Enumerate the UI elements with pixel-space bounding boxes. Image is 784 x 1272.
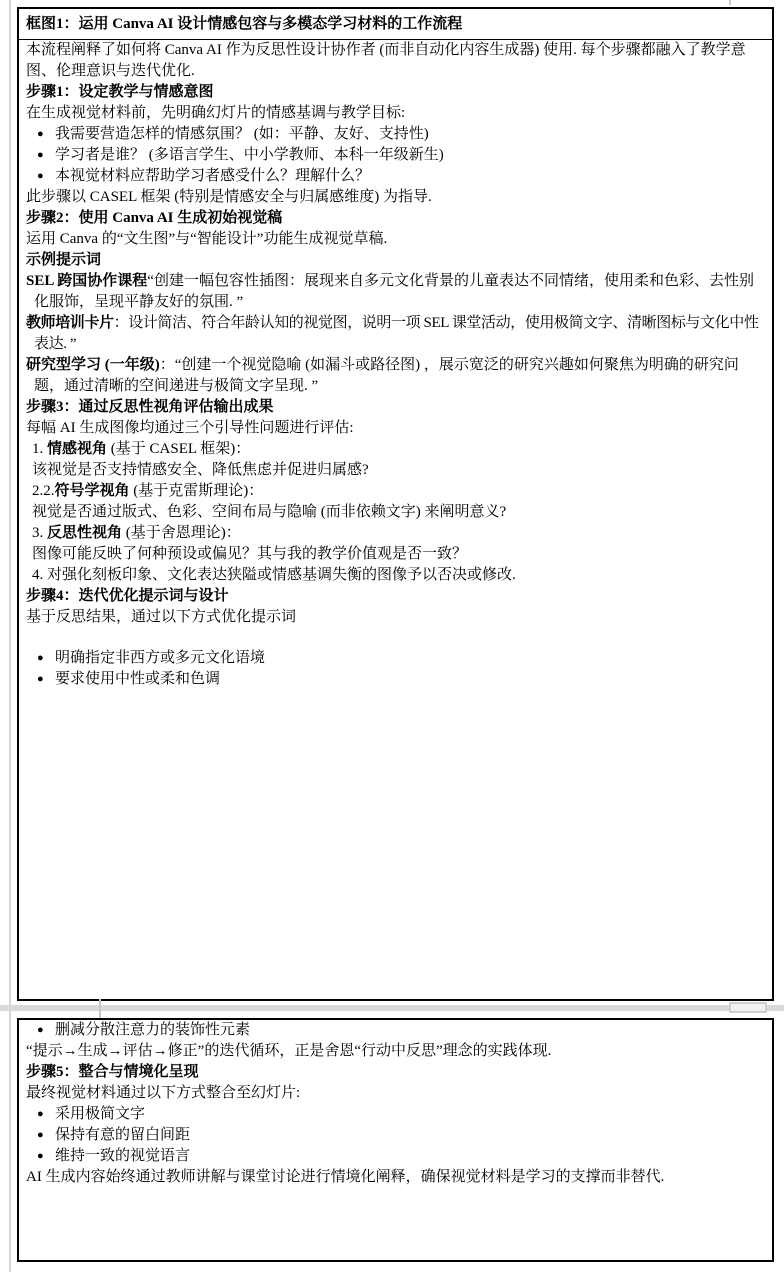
review-item-affective: 1. 情感视角 (基于 CASEL 框架)： 该视觉是否支持情感安全、降低焦虑并…: [26, 439, 762, 481]
list-item: ● 我需要营造怎样的情感氛围？ (如：平静、友好、支持性): [26, 124, 762, 145]
item-rest: (基于克雷斯理论)：: [130, 483, 264, 499]
step3-lead: 每幅 AI 生成图像均通过三个引导性问题进行评估:: [26, 418, 762, 439]
example-lead: 研究型学习 (一年级): [26, 357, 160, 373]
bullet-text: 我需要营造怎样的情感氛围？ (如：平静、友好、支持性): [55, 124, 762, 145]
document-view: 框图1：运用 Canva AI 设计情感包容与多模态学习材料的工作流程 本流程阐…: [0, 0, 784, 1272]
item-number: 2.2.: [32, 483, 55, 499]
list-item: ● 本视觉材料应帮助学习者感受什么？理解什么？: [26, 166, 762, 187]
doc-table-page1[interactable]: 框图1：运用 Canva AI 设计情感包容与多模态学习材料的工作流程 本流程阐…: [17, 7, 774, 1001]
page1-content: 本流程阐释了如何将 Canva AI 作为反思性设计协作者 (而非自动化内容生成…: [19, 40, 772, 690]
review-item-title: 4. 对强化刻板印象、文化表达狭隘或情感基调失衡的图像予以否决或修改.: [32, 565, 762, 586]
bullet-icon: ●: [26, 166, 55, 187]
step1-note: 此步骤以 CASEL 框架 (特别是情感安全与归属感维度) 为指导.: [26, 187, 762, 208]
bullet-text: 要求使用中性或柔和色调: [55, 669, 762, 690]
review-item-reject: 4. 对强化刻板印象、文化表达狭隘或情感基调失衡的图像予以否决或修改.: [26, 565, 762, 586]
bullet-text: 保持有意的留白间距: [55, 1125, 762, 1146]
bullet-text: 采用极简文字: [55, 1104, 762, 1125]
step2-lead: 运用 Canva 的“文生图”与“智能设计”功能生成视觉草稿.: [26, 229, 762, 250]
review-item-reflective: 3. 反思性视角 (基于舍恩理论)： 图像可能反映了何种预设或偏见？其与我的教学…: [26, 523, 762, 565]
bullet-icon: ●: [26, 1146, 55, 1167]
step4-lead: 基于反思结果，通过以下方式优化提示词: [26, 607, 762, 628]
iteration-cycle-note: “提示→生成→评估→修正”的迭代循环，正是舍恩“行动中反思”理念的实践体现.: [26, 1041, 762, 1062]
bullet-icon: ●: [26, 1104, 55, 1125]
example-lead: SEL 跨国协作课程: [26, 273, 147, 289]
bullet-icon: ●: [26, 1125, 55, 1146]
step1-heading: 步骤1：设定教学与情感意图: [26, 82, 762, 103]
list-item: ● 维持一致的视觉语言: [26, 1146, 762, 1167]
review-item-semiotic: 2.2.符号学视角 (基于克雷斯理论)： 视觉是否通过版式、色彩、空间布局与隐喻…: [26, 481, 762, 523]
figure-title: 框图1：运用 Canva AI 设计情感包容与多模态学习材料的工作流程: [19, 9, 772, 40]
item-bold: 符号学视角: [55, 483, 130, 499]
step5-lead: 最终视觉材料通过以下方式整合至幻灯片:: [26, 1083, 762, 1104]
table-gridline-mark-left: [99, 999, 101, 1020]
list-item: ● 删减分散注意力的装饰性元素: [26, 1020, 762, 1041]
bullet-icon: ●: [26, 669, 55, 690]
bullet-icon: ●: [26, 1020, 55, 1041]
step2-heading: 步骤2：使用 Canva AI 生成初始视觉稿: [26, 208, 762, 229]
step5-heading: 步骤5：整合与情境化呈现: [26, 1062, 762, 1083]
item-bold: 情感视角: [47, 441, 107, 457]
bullet-text: 本视觉材料应帮助学习者感受什么？理解什么？: [55, 166, 762, 187]
example-prompt-teacher-card: 教师培训卡片：设计简洁、符合年龄认知的视觉图，说明一项 SEL 课堂活动，使用极…: [26, 313, 762, 355]
closing-paragraph: AI 生成内容始终通过教师讲解与课堂讨论进行情境化阐释，确保视觉材料是学习的支撑…: [26, 1167, 762, 1188]
example-prompts-label: 示例提示词: [26, 250, 762, 271]
item-bold: 反思性视角: [47, 525, 122, 541]
review-item-question: 视觉是否通过版式、色彩、空间布局与隐喻 (而非依赖文字) 来阐明意义?: [32, 502, 762, 523]
item-number: 3.: [32, 525, 47, 541]
item-number: 1.: [32, 441, 47, 457]
bullet-text: 删减分散注意力的装饰性元素: [55, 1020, 762, 1041]
bullet-icon: ●: [26, 124, 55, 145]
bullet-icon: ●: [26, 145, 55, 166]
review-item-question: 该视觉是否支持情感安全、降低焦虑并促进归属感?: [32, 460, 762, 481]
bullet-text: 维持一致的视觉语言: [55, 1146, 762, 1167]
page-gap: [0, 1005, 784, 1011]
step1-lead: 在生成视觉材料前，先明确幻灯片的情感基调与教学目标:: [26, 103, 762, 124]
item-rest: (基于 CASEL 框架)：: [107, 441, 250, 457]
list-item: ● 采用极简文字: [26, 1104, 762, 1125]
doc-table-page2[interactable]: ● 删减分散注意力的装饰性元素 “提示→生成→评估→修正”的迭代循环，正是舍恩“…: [17, 1018, 774, 1262]
bullet-text: 学习者是谁？ (多语言学生、中小学教师、本科一年级新生): [55, 145, 762, 166]
example-text: ：设计简洁、符合年龄认知的视觉图，说明一项 SEL 课堂活动，使用极简文字、清晰…: [34, 315, 758, 352]
example-lead: 教师培训卡片: [26, 315, 114, 331]
page-boundary-line: [9, 0, 11, 1272]
page2-content: ● 删减分散注意力的装饰性元素 “提示→生成→评估→修正”的迭代循环，正是舍恩“…: [19, 1020, 772, 1188]
item-rest: (基于舍恩理论)：: [122, 525, 241, 541]
item-rest: 对强化刻板印象、文化表达狭隘或情感基调失衡的图像予以否决或修改.: [47, 567, 516, 583]
list-item: ● 保持有意的留白间距: [26, 1125, 762, 1146]
intro-paragraph: 本流程阐释了如何将 Canva AI 作为反思性设计协作者 (而非自动化内容生成…: [26, 40, 762, 82]
table-gridline-mark-top: [729, 0, 731, 5]
review-item-question: 图像可能反映了何种预设或偏见？其与我的教学价值观是否一致？: [32, 544, 762, 565]
step4-heading: 步骤4：迭代优化提示词与设计: [26, 586, 762, 607]
example-prompt-research: 研究型学习 (一年级)：“创建一个视觉隐喻 (如漏斗或路径图) ，展示宽泛的研究…: [26, 355, 762, 397]
review-item-title: 2.2.符号学视角 (基于克雷斯理论)：: [32, 481, 762, 502]
review-item-title: 3. 反思性视角 (基于舍恩理论)：: [32, 523, 762, 544]
step3-heading: 步骤3：通过反思性视角评估输出成果: [26, 397, 762, 418]
list-item: ● 明确指定非西方或多元文化语境: [26, 648, 762, 669]
review-item-title: 1. 情感视角 (基于 CASEL 框架)：: [32, 439, 762, 460]
list-item: ● 学习者是谁？ (多语言学生、中小学教师、本科一年级新生): [26, 145, 762, 166]
bullet-text: 明确指定非西方或多元文化语境: [55, 648, 762, 669]
item-number: 4.: [32, 567, 47, 583]
table-gridline-mark-right: [729, 1002, 767, 1013]
example-prompt-sel: SEL 跨国协作课程“创建一幅包容性插图：展现来自多元文化背景的儿童表达不同情绪…: [26, 271, 762, 313]
list-item: ● 要求使用中性或柔和色调: [26, 669, 762, 690]
bullet-icon: ●: [26, 648, 55, 669]
